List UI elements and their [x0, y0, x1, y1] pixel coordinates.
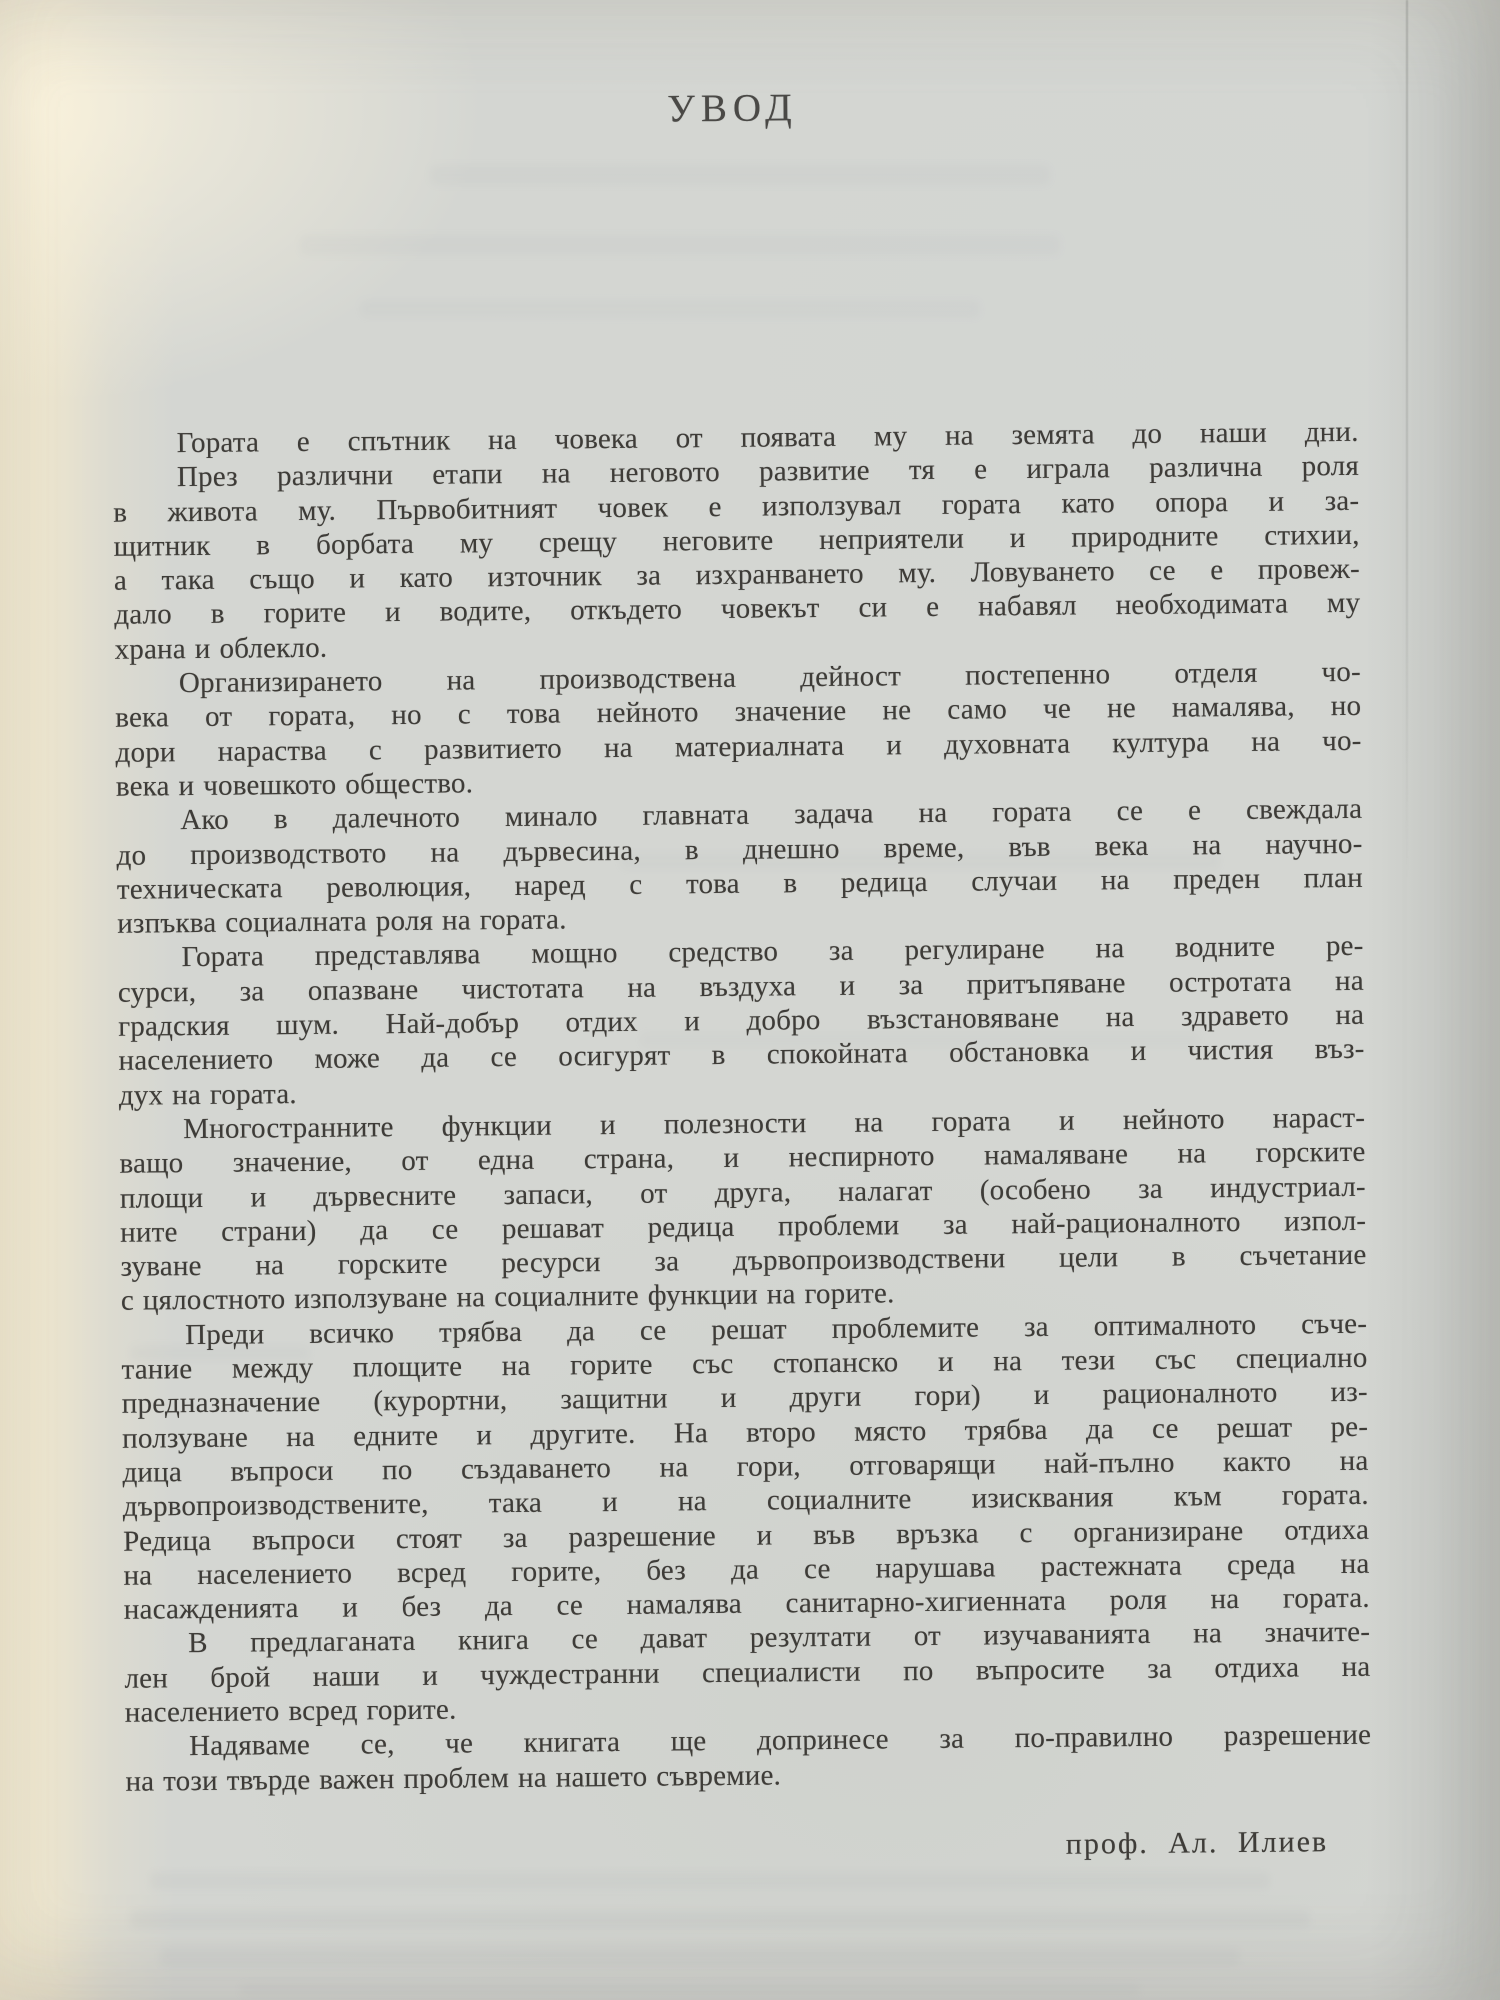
paragraph: През различни етапи на неговото развитие…	[113, 449, 1361, 667]
paragraph: В предлаганата книга се дават резултати …	[124, 1615, 1371, 1730]
page-content: УВОД Гората е спътник на човека от поява…	[108, 0, 1373, 2000]
body-text: Гората е спътник на човека от появата му…	[112, 415, 1371, 1799]
scanned-page-photo: УВОД Гората е спътник на човека от поява…	[0, 0, 1500, 2000]
paragraph: Гората представлява мощно средство за ре…	[117, 929, 1365, 1112]
paragraph: Надяваме се, че книгата ще допринесе за …	[125, 1718, 1372, 1799]
paragraph: Ако в далечното минало главната задача н…	[116, 792, 1363, 941]
paragraph: Многостранните функции и полезности на г…	[119, 1101, 1367, 1319]
paragraph: Преди всичко трябва да се решат проблеми…	[121, 1307, 1370, 1628]
page-title: УВОД	[109, 80, 1355, 137]
page-crease-line	[1406, 0, 1408, 880]
author-signature: проф. Ал. Илиев	[1066, 1825, 1329, 1862]
paragraph: Организирането на производствена дейност…	[115, 655, 1362, 804]
